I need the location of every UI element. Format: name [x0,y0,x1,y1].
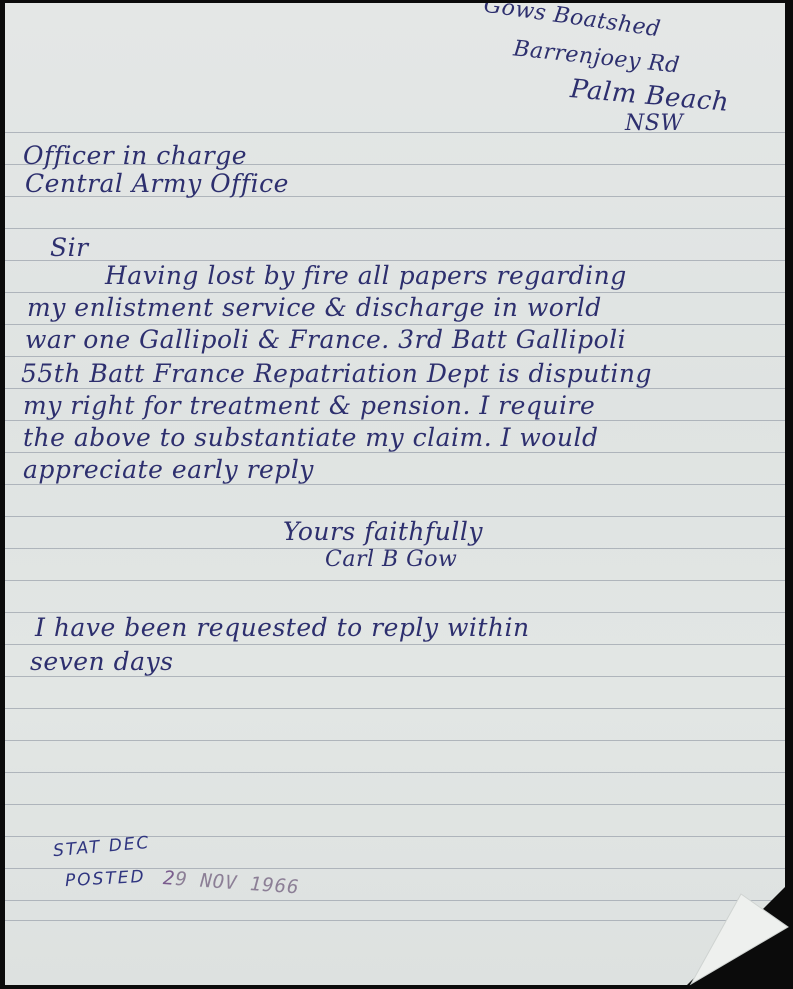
postscript-line: seven days [30,647,173,676]
ruled-line [5,772,785,773]
ruled-line [5,740,785,741]
ruled-line [5,708,785,709]
annotation-stat-dec: STAT DEC [52,833,151,861]
annotation-posted: POSTED [65,867,147,891]
body-line: appreciate early reply [23,455,314,484]
ruled-line [5,804,785,805]
ruled-line [5,228,785,229]
ruled-line [5,356,785,357]
ruled-line [5,388,785,389]
ruled-line [5,676,785,677]
ruled-line [5,452,785,453]
recipient-line-1: Officer in charge [23,141,247,170]
ruled-line [5,644,785,645]
ruled-line [5,484,785,485]
closing: Yours faithfully [283,517,483,546]
signature: Carl B Gow [325,547,457,572]
address-line-4: NSW [625,111,683,136]
folded-corner-icon [683,879,793,989]
recipient-line-2: Central Army Office [25,169,289,198]
date-stamp-rest: 9 NOV 1966 [175,868,301,899]
body-line: war one Gallipoli & France. 3rd Batt Gal… [25,325,626,354]
letter-page: Gows Boatshed Barrenjoey Rd Palm Beach N… [5,3,785,985]
address-line-2: Barrenjoey Rd [512,36,681,78]
body-line: Having lost by fire all papers regarding [105,261,627,290]
body-line: my right for treatment & pension. I requ… [23,391,595,420]
body-line: my enlistment service & discharge in wor… [27,293,602,322]
ruled-line [5,580,785,581]
date-stamp: 29 NOV 1966 [162,867,300,898]
body-line: the above to substantiate my claim. I wo… [23,423,598,452]
salutation: Sir [50,233,89,262]
body-line: 55th Batt France Repatriation Dept is di… [21,359,652,388]
ruled-line [5,420,785,421]
ruled-line [5,920,785,921]
ruled-line [5,900,785,901]
postscript-line: I have been requested to reply within [35,613,530,642]
address-line-1: Gows Boatshed [482,3,662,42]
